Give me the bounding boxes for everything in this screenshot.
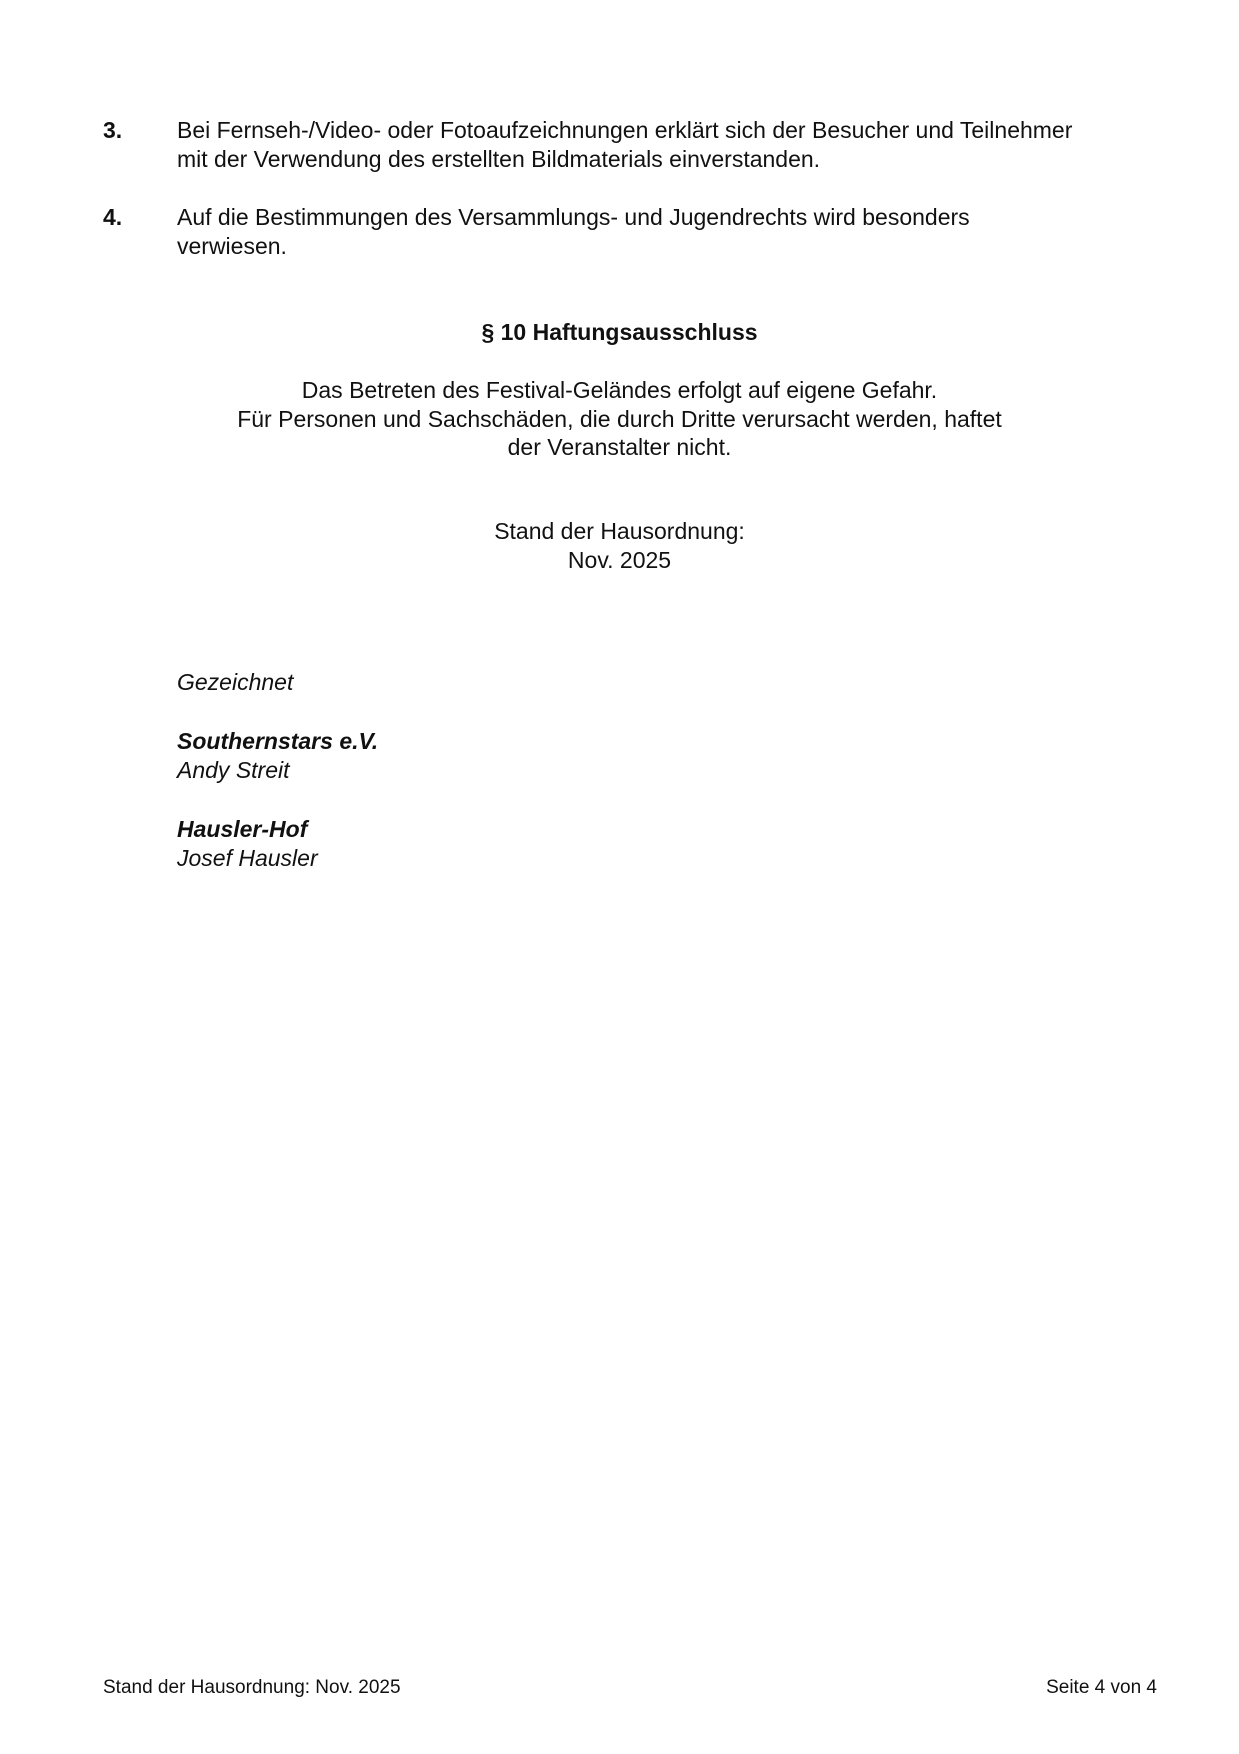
- signer-organization: Hausler-Hof: [177, 815, 318, 844]
- list-item-line: Auf die Bestimmungen des Versammlungs- u…: [177, 203, 1177, 232]
- signed-label: Gezeichnet: [177, 668, 293, 697]
- list-item-text: Bei Fernseh-/Video- oder Fotoaufzeichnun…: [177, 116, 1177, 174]
- disclaimer-line: Das Betreten des Festival-Geländes erfol…: [0, 376, 1239, 405]
- list-item-number: 4.: [103, 203, 122, 232]
- footer-revision: Stand der Hausordnung: Nov. 2025: [103, 1676, 401, 1700]
- revision-label: Stand der Hausordnung:: [0, 517, 1239, 546]
- list-item-line: verwiesen.: [177, 232, 1177, 261]
- list-item-line: mit der Verwendung des erstellten Bildma…: [177, 145, 1177, 174]
- disclaimer-line: der Veranstalter nicht.: [0, 433, 1239, 462]
- liability-disclaimer: Das Betreten des Festival-Geländes erfol…: [0, 376, 1239, 462]
- list-item-text: Auf die Bestimmungen des Versammlungs- u…: [177, 203, 1177, 261]
- footer-page-number: Seite 4 von 4: [1046, 1676, 1157, 1700]
- signer-block: Southernstars e.V. Andy Streit: [177, 727, 378, 785]
- signer-name: Josef Hausler: [177, 844, 318, 873]
- signer-name: Andy Streit: [177, 756, 378, 785]
- signer-organization: Southernstars e.V.: [177, 727, 378, 756]
- document-page: 3. Bei Fernseh-/Video- oder Fotoaufzeich…: [0, 0, 1239, 1754]
- list-item-line: Bei Fernseh-/Video- oder Fotoaufzeichnun…: [177, 116, 1177, 145]
- revision-status: Stand der Hausordnung: Nov. 2025: [0, 517, 1239, 574]
- revision-date: Nov. 2025: [0, 546, 1239, 575]
- list-item-number: 3.: [103, 116, 122, 145]
- section-title: § 10 Haftungsausschluss: [0, 318, 1239, 347]
- signer-block: Hausler-Hof Josef Hausler: [177, 815, 318, 873]
- disclaimer-line: Für Personen und Sachschäden, die durch …: [0, 405, 1239, 434]
